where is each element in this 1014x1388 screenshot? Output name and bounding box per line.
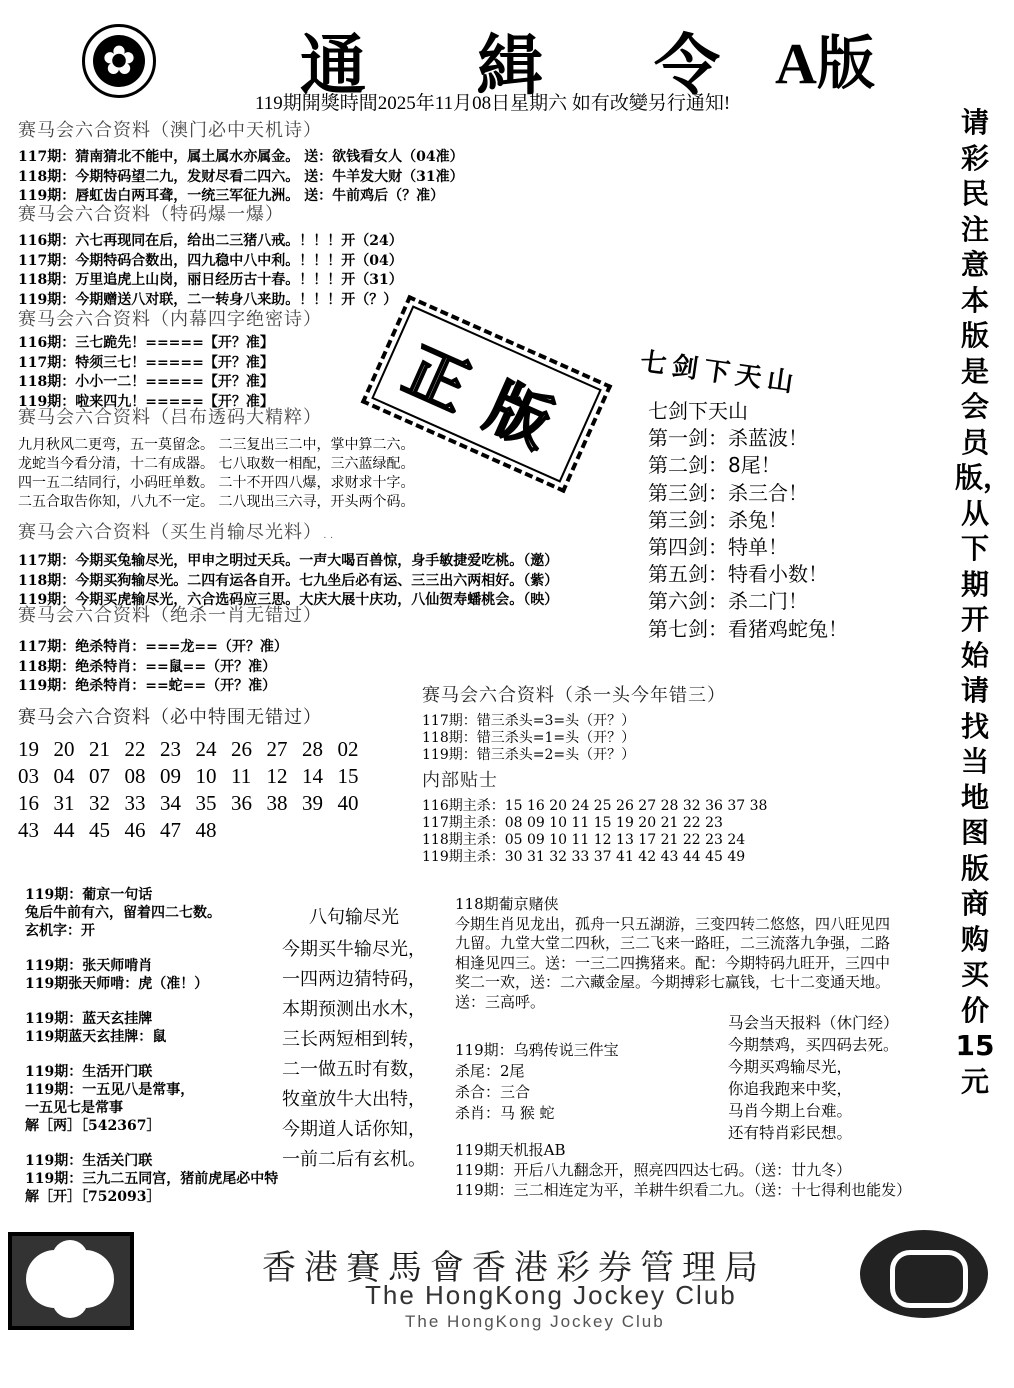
list-item: 118期：今期特码望二九，发财尽看二四六。 送：牛羊发大财（31准） (18, 168, 464, 188)
list-item: 117期主杀：08 09 10 11 15 19 20 21 22 23 (422, 815, 767, 832)
list-item: 第五剑：特看小数！ (648, 561, 848, 588)
must-hit-numbers: 19202122232426272802 0304070809101112141… (18, 736, 373, 844)
section-lubu: 九月秋风二更弯，五一莫留念。 二三复出三二中，掌中算二六。 龙蛇当今看分清，十二… (18, 436, 414, 512)
list-item: 118期：今期买狗输尽光。二四有运各自开。七九坐后必有运、三三出六两相好。（紫） (18, 572, 558, 592)
list-item: 四一五二结同行，小码旺单数。 二十不开四八爆，求财求十字。 (18, 474, 414, 493)
section-kill-one: 117期：绝杀特肖：===龙==（开？准） 118期：绝杀特肖：==鼠==（开？… (18, 638, 288, 697)
section-crow: 119期：乌鸦传说三件宝 杀尾：2尾 杀合：三合 杀肖：马 猴 蛇 (455, 1040, 619, 1124)
list-item: 118期：万里追虎上山岗，丽日经历古十春。！！！开（31） (18, 271, 403, 291)
footer-en-title: The HongKong Jockey Club (365, 1280, 737, 1311)
section-daily-report: 马会当天报料（休门经） 今期禁鸡，买四码去死。 今期买鸡输尽光， 你追我跑来中奖… (728, 1012, 899, 1144)
section-macau: 117期：猜南猜北不能中，属土属水亦属金。 送：欲钱看女人（04准） 118期：… (18, 148, 464, 207)
number-row: 19202122232426272802 (18, 736, 373, 763)
number-row: 03040708091011121415 (18, 763, 373, 790)
list-item: 118期主杀：05 09 10 11 12 13 17 21 22 23 24 (422, 832, 767, 849)
list-item: 117期：猜南猜北不能中，属土属水亦属金。 送：欲钱看女人（04准） (18, 148, 464, 168)
list-item: 116期主杀：15 16 20 24 25 26 27 28 32 36 37 … (422, 798, 767, 815)
list-item: 九月秋风二更弯，五一莫留念。 二三复出三二中，掌中算二六。 (18, 436, 414, 455)
list-item: 第七剑：看猪鸡蛇兔！ (648, 616, 848, 643)
section-heading-must-hit: 赛马会六合资料（必中特围无错过） (18, 703, 322, 729)
seven-swords-title: 七剑下天山 (648, 398, 848, 425)
eight-lines-poem: 八句输尽光 今期买牛输尽光， 一四两边猜特码， 本期预测出水木， 三长两短相到转… (276, 903, 432, 1175)
list-item: 118期：小小一二！=====【开？准】 (18, 373, 274, 393)
section-heading-zodiac-lose: 赛马会六合资料（买生肖输尽光料）.. (18, 518, 335, 544)
gambler-title: 118期葡京赌侠 (455, 895, 890, 915)
list-item: 第一剑：杀蓝波！ (648, 425, 848, 452)
list-item: 第二剑：8尾！ (648, 452, 848, 479)
section-tianji: 119期天机报AB 119期：开后八九翻念开，照亮四四达七码。（送：廿九冬） 1… (455, 1140, 911, 1200)
number-row: 16313233343536383940 (18, 790, 373, 817)
list-item: 117期：绝杀特肖：===龙==（开？准） (18, 638, 288, 658)
list-item: 117期：今期买兔输尽光，甲申之明过天兵。一声大喝百兽惊，身手敏捷爱吃桃。（邀） (18, 552, 558, 572)
section-insider: 116期主杀：15 16 20 24 25 26 27 28 32 36 37 … (422, 798, 767, 866)
list-item: 116期：三七跪先！=====【开？准】 (18, 334, 274, 354)
section-heading-secret: 赛马会六合资料（内幕四字绝密诗） (18, 305, 322, 331)
list-item: 第三剑：杀三合！ (648, 480, 848, 507)
number-row: 434445464748 (18, 817, 373, 844)
list-item: 119期：错三杀头=2=头（开？） (422, 747, 635, 764)
list-item: 119期主杀：30 31 32 33 37 41 42 43 44 45 49 (422, 849, 767, 866)
list-item: 第六剑：杀二门！ (648, 588, 848, 615)
footer-en-subtitle: The HongKong Jockey Club (405, 1312, 665, 1332)
list-item: 117期：错三杀头=3=头（开？） (422, 713, 635, 730)
section-heading-kill-head: 赛马会六合资料（杀一头今年错三） (422, 681, 726, 707)
section-heading-macau: 赛马会六合资料（澳门必中天机诗） (18, 116, 322, 142)
bottom-left-blocks: 119期：葡京一句话 兔后牛前有六，留着四二七数。 玄机字：开 119期：张天师… (25, 886, 275, 1206)
list-item: 第四剑：特单！ (648, 534, 848, 561)
list-item: 119期：绝杀特肖：==蛇==（开？准） (18, 677, 288, 697)
section-heading-kill-one: 赛马会六合资料（绝杀一肖无错过） (18, 601, 322, 627)
masthead: 通 緝 令 A版 (0, 10, 1014, 80)
list-item: 118期：绝杀特肖：==鼠==（开？准） (18, 658, 288, 678)
list-item: 117期：今期特码合数出，四九稳中八中利。！！！开（04） (18, 252, 403, 272)
list-item: 116期：六七再现同在后，给出二三猪八戒。！！！开（24） (18, 232, 403, 252)
section-heading-lubu: 赛马会六合资料（吕布透码大精粹） (18, 403, 322, 429)
poem-title: 八句输尽光 (276, 903, 432, 933)
list-item: 第三剑：杀兔！ (648, 507, 848, 534)
seven-swords-banner: 七剑下天山 (638, 341, 802, 400)
section-heading-explode: 赛马会六合资料（特码爆一爆） (18, 200, 284, 226)
section-secret: 116期：三七跪先！=====【开？准】 117期：特须三七！=====【开？准… (18, 334, 274, 412)
list-item: 118期：错三杀头=1=头（开？） (422, 730, 635, 747)
section-explode: 116期：六七再现同在后，给出二三猪八戒。！！！开（24） 117期：今期特码合… (18, 232, 403, 310)
draw-date-notice: 119期開獎時間2025年11月08日星期六 如有改變另行通知! (255, 88, 730, 115)
member-notice: 请彩民注意本版是会员版，从下期开始请找当地图版商购买价15元 (955, 105, 995, 1099)
list-item: 117期：特须三七！=====【开？准】 (18, 354, 274, 374)
list-item: 龙蛇当今看分清，十二有成器。 七八取数一相配，三六蓝绿配。 (18, 455, 414, 474)
section-kill-head: 117期：错三杀头=3=头（开？） 118期：错三杀头=1=头（开？） 119期… (422, 713, 635, 764)
edition-label: A版 (775, 16, 875, 100)
section-heading-insider: 内部贴士 (422, 766, 498, 792)
jockey-club-logo-left (8, 1232, 134, 1330)
section-gambler: 118期葡京赌侠 今期生肖见龙出，孤舟一只五湖游，三变四转二悠悠，四八旺见四 九… (455, 895, 890, 1012)
lottery-logo-right (860, 1230, 988, 1318)
seven-swords-list: 七剑下天山 第一剑：杀蓝波！ 第二剑：8尾！ 第三剑：杀三合！ 第三剑：杀兔！ … (648, 398, 848, 643)
list-item: 二五合取告你知，八九不一定。 二八现出三六寻，开头两个码。 (18, 493, 414, 512)
